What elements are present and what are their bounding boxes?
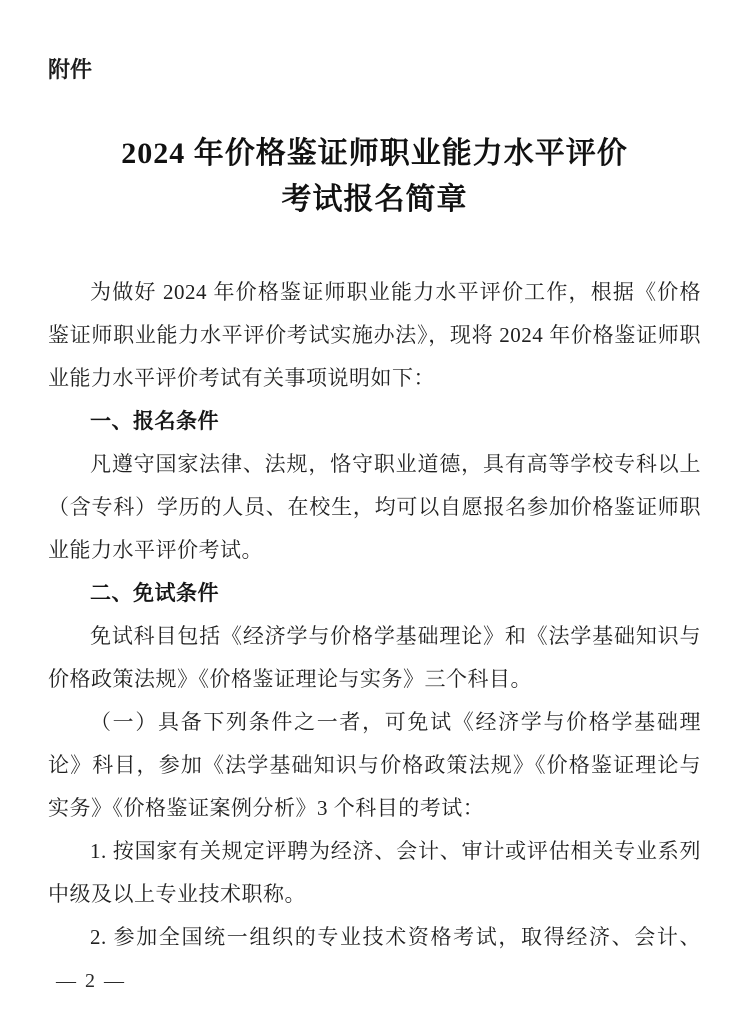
document-body: 为做好 2024 年价格鉴证师职业能力水平评价工作，根据《价格鉴证师职业能力水平…: [48, 271, 701, 959]
paragraph-intro: 为做好 2024 年价格鉴证师职业能力水平评价工作，根据《价格鉴证师职业能力水平…: [48, 271, 701, 400]
list-item-1: 1. 按国家有关规定评聘为经济、会计、审计或评估相关专业系列中级及以上专业技术职…: [48, 830, 701, 916]
paragraph-exemption-subjects: 免试科目包括《经济学与价格学基础理论》和《法学基础知识与价格政策法规》《价格鉴证…: [48, 615, 701, 701]
title-line-1: 2024 年价格鉴证师职业能力水平评价: [48, 131, 701, 177]
page-number: — 2 —: [56, 970, 126, 993]
document-title: 2024 年价格鉴证师职业能力水平评价 考试报名简章: [48, 131, 701, 223]
section-heading-registration-conditions: 一、报名条件: [48, 400, 701, 443]
title-line-2: 考试报名简章: [48, 177, 701, 223]
paragraph-registration-conditions: 凡遵守国家法律、法规，恪守职业道德，具有高等学校专科以上（含专科）学历的人员、在…: [48, 443, 701, 572]
paragraph-exemption-clause-1: （一）具备下列条件之一者，可免试《经济学与价格学基础理论》科目，参加《法学基础知…: [48, 701, 701, 830]
list-item-2: 2. 参加全国统一组织的专业技术资格考试，取得经济、会计、: [48, 916, 701, 959]
attachment-label: 附件: [48, 55, 701, 85]
document-page: 附件 2024 年价格鉴证师职业能力水平评价 考试报名简章 为做好 2024 年…: [0, 0, 749, 1024]
section-heading-exemption-conditions: 二、免试条件: [48, 572, 701, 615]
